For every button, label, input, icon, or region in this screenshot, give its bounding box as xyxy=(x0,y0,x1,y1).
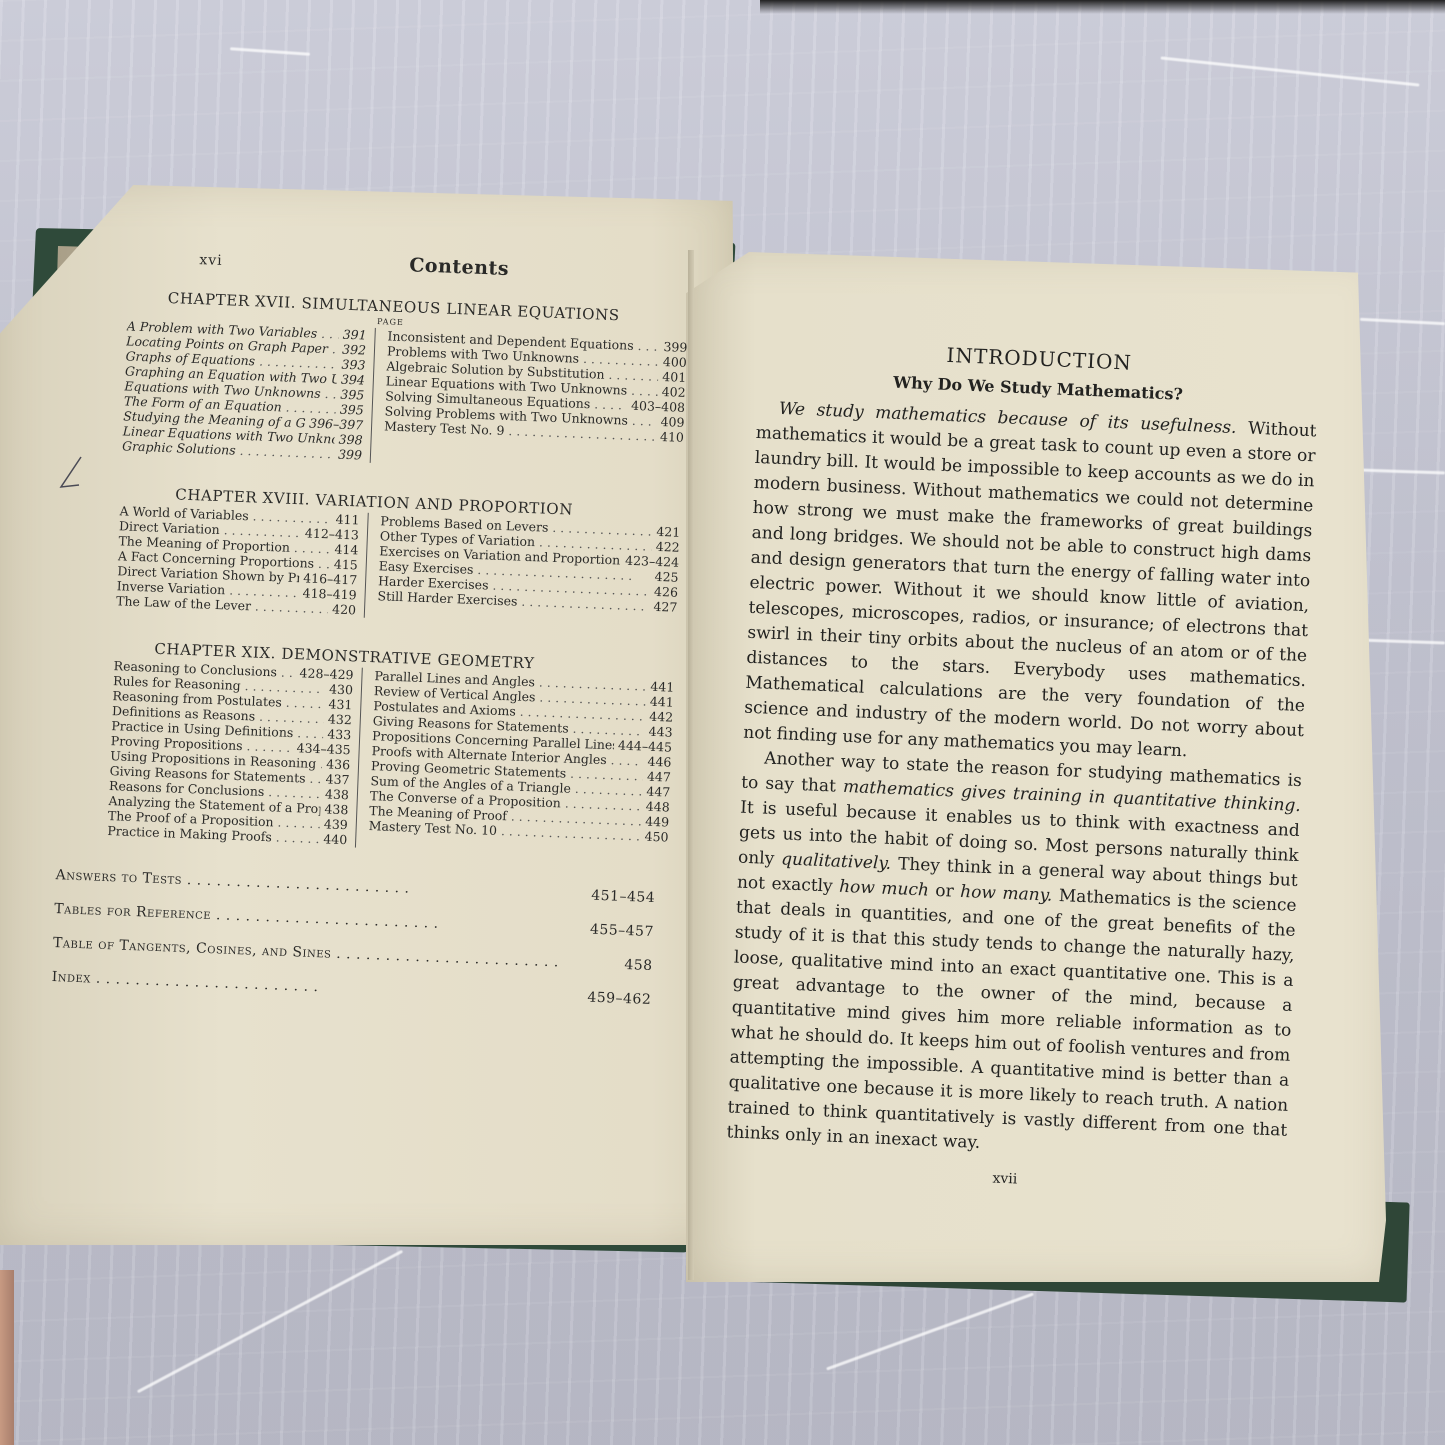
chapter-toc: A Problem with Two Variables391 Locating… xyxy=(32,315,707,476)
paragraph: Another way to state the reason for stud… xyxy=(726,746,1302,1169)
toc-column-right: Inconsistent and Dependent Equations399 … xyxy=(371,328,696,475)
toc-column-right: Parallel Lines and Angles441 Review of V… xyxy=(356,668,683,860)
contents-page: xvi Contents CHAPTER XVII. SIMULTANEOUS … xyxy=(11,240,709,1018)
toc-column-right: Problems Based on Levers421 Other Types … xyxy=(365,513,689,630)
paragraph: We study mathematics because of its usef… xyxy=(743,396,1317,769)
toc-column-left: Reasoning to Conclusions428–429 Rules fo… xyxy=(17,655,363,848)
page-number: xvi xyxy=(199,252,223,269)
contents-title: Contents xyxy=(409,254,510,280)
toc-column-left: A World of Variables411 Direct Variation… xyxy=(26,500,369,618)
back-matter-list: Answers to Tests451–454 Tables for Refer… xyxy=(11,857,656,1017)
chapter-toc: Reasoning to Conclusions428–429 Rules fo… xyxy=(17,655,693,861)
hand-edge xyxy=(0,1270,14,1445)
introduction-page: INTRODUCTION Why Do We Study Mathematics… xyxy=(725,335,1320,1199)
toc-column-left: A Problem with Two Variables391 Locating… xyxy=(32,315,376,463)
dark-edge-top xyxy=(760,0,1445,14)
